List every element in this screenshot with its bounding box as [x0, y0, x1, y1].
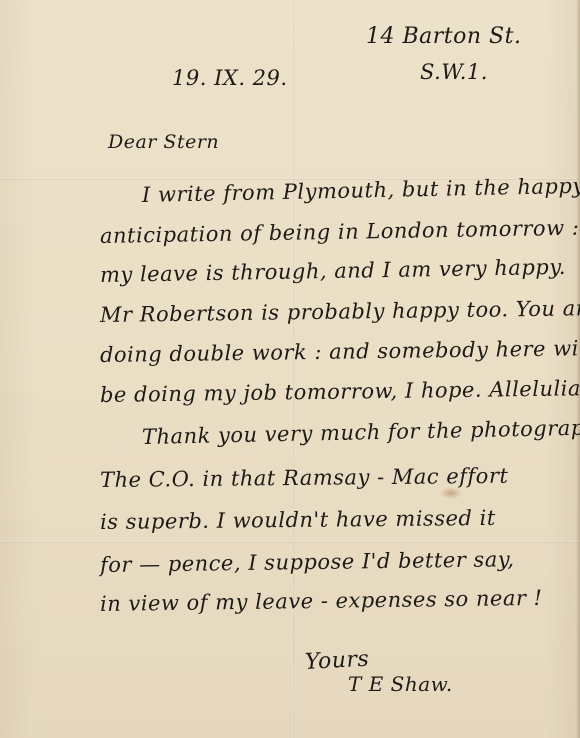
address-line-2: S.W.1. [420, 60, 488, 84]
salutation: Dear Stern [108, 131, 219, 153]
body-line: is superb. I wouldn't have missed it [100, 506, 496, 534]
signature: T E Shaw. [348, 672, 453, 696]
body-line: Thank you very much for the photographs. [142, 415, 580, 449]
body-line: be doing my job tomorrow, I hope. Allelu… [100, 376, 580, 407]
ink-stain [440, 487, 462, 499]
letter-page: 14 Barton St. S.W.1. 19. IX. 29. Dear St… [0, 0, 580, 738]
letter-date: 19. IX. 29. [172, 66, 288, 90]
body-line: my leave is through, and I am very happy… [100, 255, 566, 287]
body-line: Mr Robertson is probably happy too. You … [100, 296, 580, 327]
body-line: The C.O. in that Ramsay - Mac effort [100, 464, 509, 492]
body-line: for — pence, I suppose I'd better say, [100, 547, 515, 577]
paper-fold-line [0, 541, 580, 543]
address-line-1: 14 Barton St. [366, 24, 521, 49]
body-line: anticipation of being in London tomorrow… [100, 215, 580, 248]
paper-edge-shadow [576, 0, 580, 738]
body-line: in view of my leave - expenses so near ! [100, 586, 543, 616]
valediction: Yours [304, 647, 370, 675]
body-line: doing double work : and somebody here wi… [100, 336, 580, 367]
paper-fold-line [292, 0, 294, 738]
